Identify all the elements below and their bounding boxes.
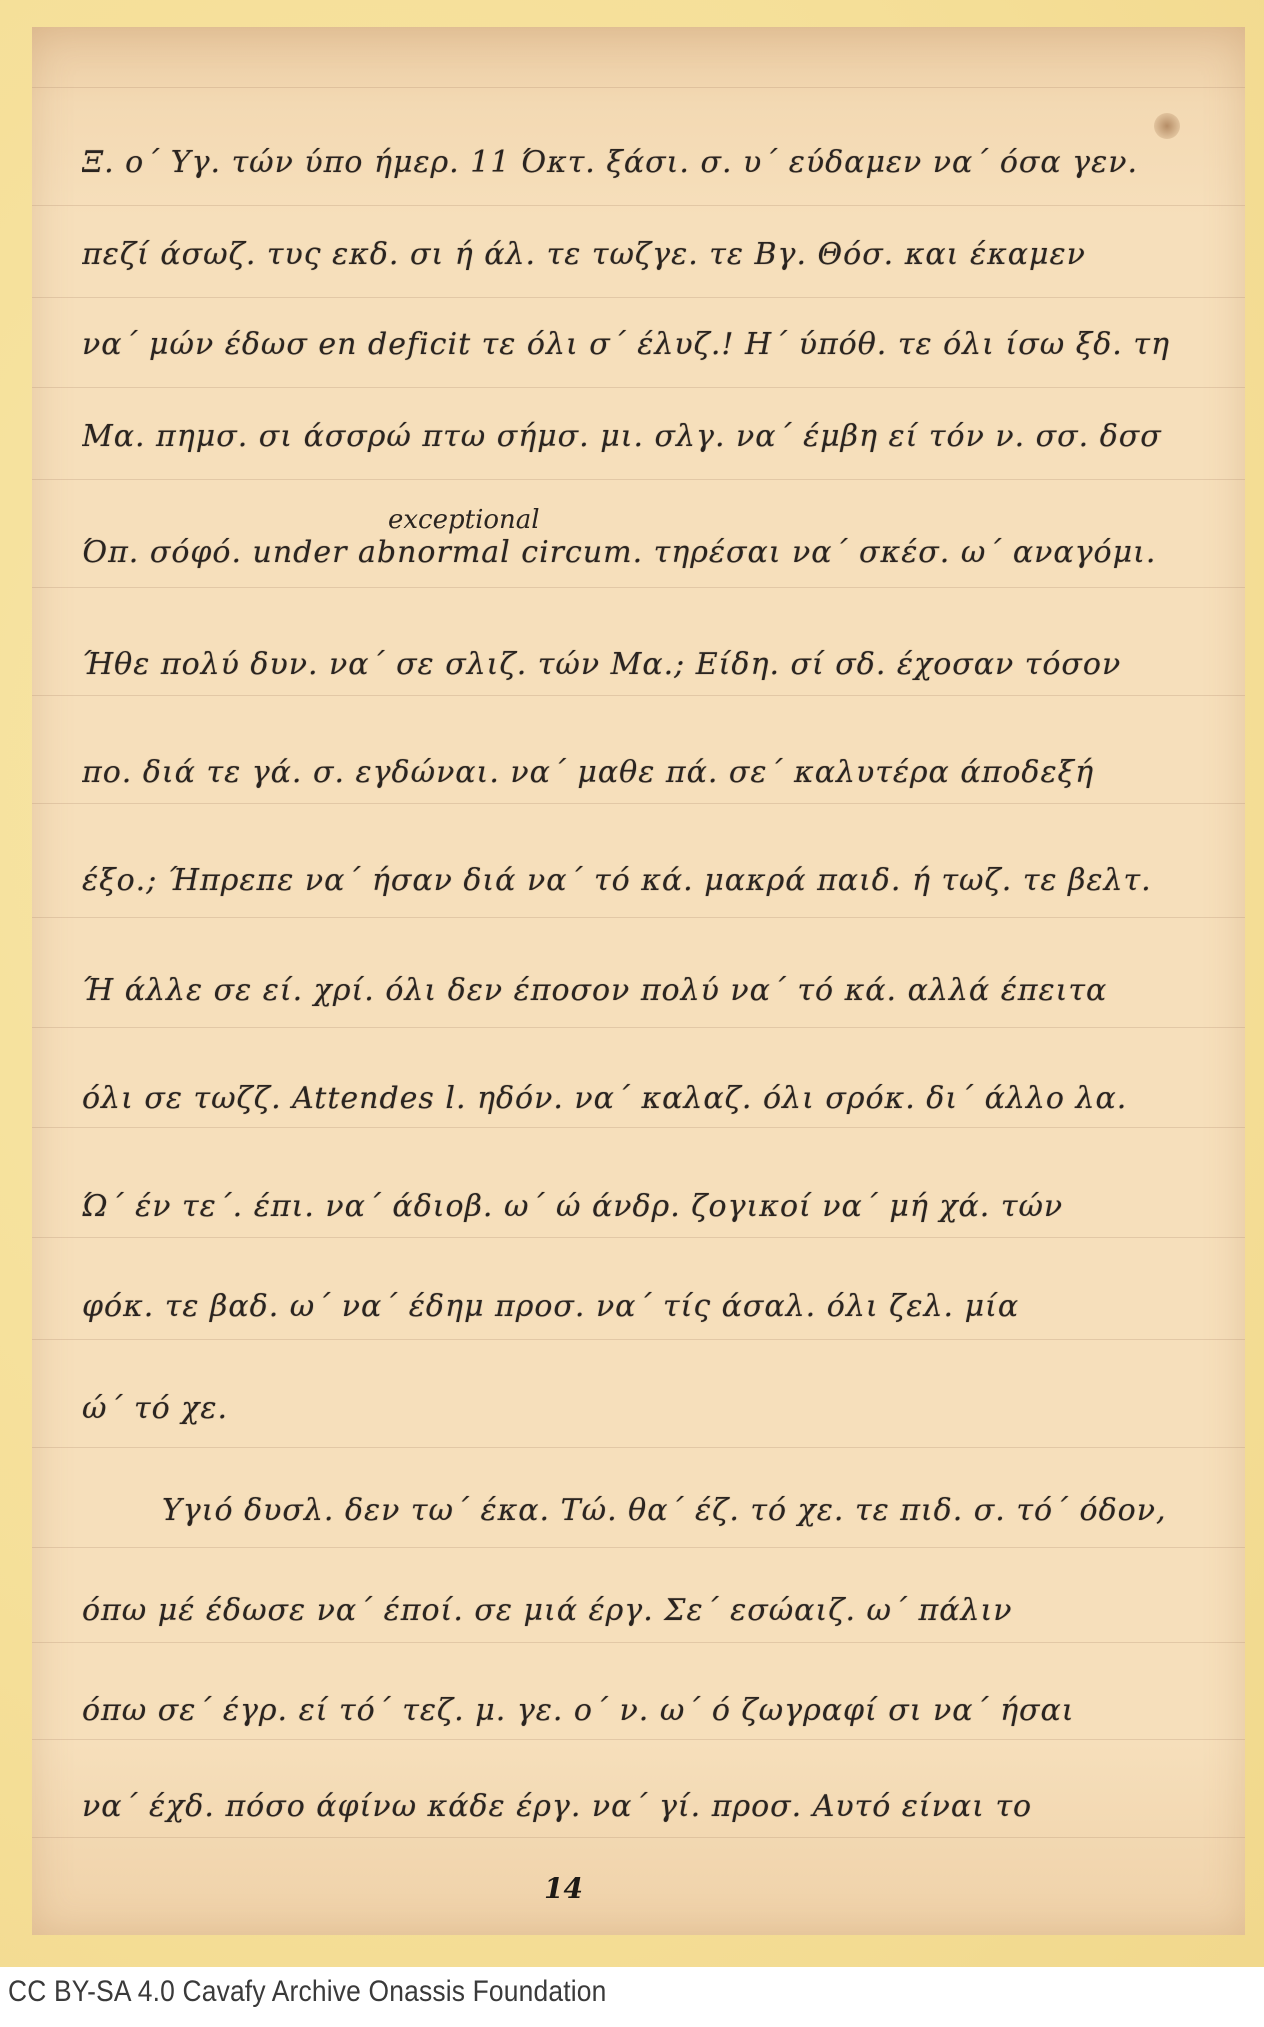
manuscript-line: Ξ. ο΄ Υγ. τών ύπο ήμερ. 11 Όκτ. ξάσι. σ.…	[82, 145, 1217, 180]
manuscript-line: όλι σε τωζζ. Attendes l. ηδόν. να΄ καλαζ…	[82, 1081, 1217, 1116]
manuscript-line: Όπ. σόφό. under abnormal circum. τηρέσαι…	[82, 535, 1217, 570]
ruled-line	[32, 1127, 1245, 1128]
ruled-line	[32, 1642, 1245, 1643]
ruled-line	[32, 803, 1245, 804]
interlinear-insertion: exceptional	[388, 505, 540, 535]
ruled-line	[32, 479, 1245, 480]
ruled-line	[32, 1339, 1245, 1340]
footer: CC BY-SA 4.0 Cavafy Archive Onassis Foun…	[0, 1967, 1264, 2027]
ruled-line	[32, 387, 1245, 388]
manuscript-line: Μα. πημσ. σι άσσρώ πτω σήμσ. μι. σλγ. να…	[82, 419, 1217, 454]
ruled-line	[32, 87, 1245, 88]
manuscript-line: Ώ΄ έν τε΄. έπι. να΄ άδιοβ. ω΄ ώ άνδρ. ζο…	[82, 1189, 1217, 1224]
ruled-line	[32, 917, 1245, 918]
ruled-line	[32, 1739, 1245, 1740]
ruled-line	[32, 695, 1245, 696]
stain-spot	[1154, 113, 1180, 139]
manuscript-line: να΄ έχδ. πόσο άφίνω κάδε έργ. να΄ γί. πρ…	[82, 1789, 1217, 1824]
ruled-line	[32, 205, 1245, 206]
manuscript-line: όπω μέ έδωσε να΄ έποί. σε μιά έργ. Σε΄ ε…	[82, 1593, 1217, 1628]
manuscript-line: πο. διά τε γά. σ. εγδώναι. να΄ μαθε πά. …	[82, 755, 1217, 790]
ruled-line	[32, 1237, 1245, 1238]
ruled-line	[32, 1837, 1245, 1838]
ruled-line	[32, 297, 1245, 298]
manuscript-line: Ήθε πολύ δυν. να΄ σε σλιζ. τών Μα.; Είδη…	[82, 647, 1217, 682]
manuscript-line: πεζί άσωζ. τυς εκδ. σι ή άλ. τε τωζγε. τ…	[82, 237, 1217, 272]
ruled-line	[32, 1027, 1245, 1028]
ruled-line	[32, 1547, 1245, 1548]
manuscript-line: να΄ μών έδωσ en deficit τε όλι σ΄ έλυζ.!…	[82, 327, 1217, 362]
manuscript-line: φόκ. τε βαδ. ω΄ να΄ έδημ προσ. να΄ τίς ά…	[82, 1289, 1217, 1324]
manuscript-page: Ξ. ο΄ Υγ. τών ύπο ήμερ. 11 Όκτ. ξάσι. σ.…	[32, 27, 1245, 1935]
license-credit: CC BY-SA 4.0 Cavafy Archive Onassis Foun…	[8, 1975, 606, 2009]
manuscript-line: Υγιό δυσλ. δεν τω΄ έκα. Τώ. θα΄ έζ. τό χ…	[162, 1493, 1217, 1528]
ruled-line	[32, 587, 1245, 588]
page-number: 14	[544, 1872, 583, 1905]
ruled-line	[32, 1447, 1245, 1448]
manuscript-line: όπω σε΄ έγρ. εί τό΄ τεζ. μ. γε. ο΄ ν. ω΄…	[82, 1693, 1217, 1728]
manuscript-line: έξο.; Ήπρεπε να΄ ήσαν διά να΄ τό κά. μακ…	[82, 863, 1217, 898]
manuscript-line: ώ΄ τό χε.	[82, 1391, 1217, 1426]
manuscript-line: Ή άλλε σε εί. χρί. όλι δεν έποσον πολύ ν…	[82, 973, 1217, 1008]
